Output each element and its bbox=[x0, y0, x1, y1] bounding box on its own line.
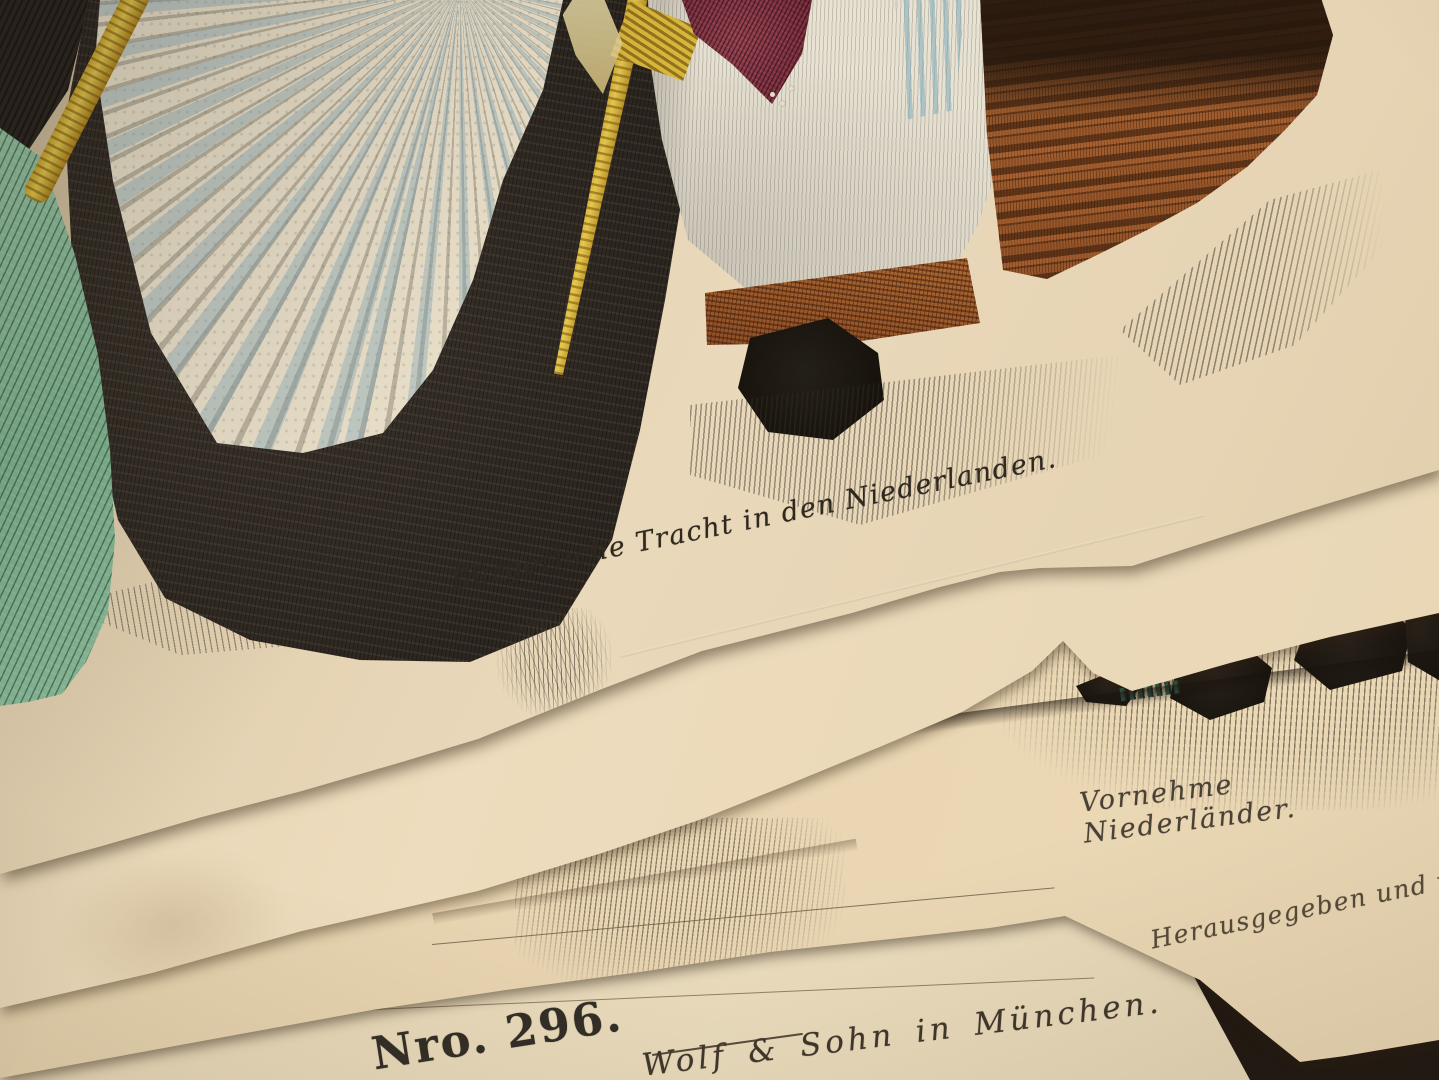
photo-of-engraving-stack: Nro. 296. Wolf & Sohn in München. Vorneh… bbox=[0, 0, 1439, 1080]
pouch-bead bbox=[789, 86, 794, 91]
pouch-bead bbox=[770, 92, 775, 97]
sheet-top-print: Bürgerliche Tracht in den Niederlanden. bbox=[0, 0, 1439, 1080]
grass-tuft bbox=[495, 608, 613, 720]
sheet-top-print-shadow: Bürgerliche Tracht in den Niederlanden. bbox=[0, 0, 1439, 1080]
pouch-bead bbox=[780, 101, 785, 106]
